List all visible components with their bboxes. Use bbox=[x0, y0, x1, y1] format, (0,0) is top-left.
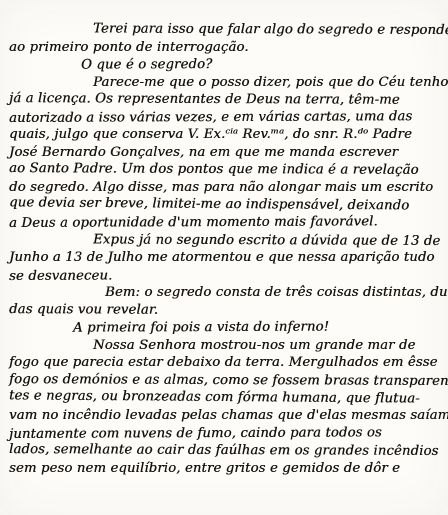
manuscript-line: ao Santo Padre. Um dos pontos que me ind… bbox=[9, 160, 444, 179]
manuscript-line: Junho a 13 de Julho me atormentou e que … bbox=[9, 249, 444, 267]
manuscript-line: a Deus a oportunidade d'um momento mais … bbox=[9, 213, 444, 232]
manuscript-line: quais, julgo que conserva V. Ex.ᶜⁱᵃ Rev.… bbox=[9, 126, 444, 144]
manuscript-line: O que é o segredo? bbox=[9, 55, 444, 74]
manuscript-line: Expus já no segundo escrito a dúvida que… bbox=[9, 231, 444, 250]
manuscript-line: já a licença. Os representantes de Deus … bbox=[9, 90, 444, 109]
manuscript-line: ao primeiro ponto de interrogação. bbox=[9, 39, 444, 57]
manuscript-line: Terei para isso que falar algo do segred… bbox=[9, 20, 444, 39]
manuscript-line: autorizado a isso várias vezes, e em vár… bbox=[9, 108, 444, 127]
manuscript-line: Bem: o segredo consta de três coisas dis… bbox=[9, 284, 444, 302]
manuscript-line: vam no incêndio levadas pelas chamas que… bbox=[9, 407, 444, 425]
manuscript-line: Parece-me que o posso dizer, pois que do… bbox=[9, 74, 444, 92]
manuscript-line: se desvaneceu. bbox=[9, 266, 444, 285]
manuscript-line: lados, semelhante ao cair das faúlhas em… bbox=[9, 441, 444, 460]
manuscript-page: Terei para isso que falar algo do segred… bbox=[0, 0, 448, 515]
manuscript-line: fogo que parecia estar debaixo da terra.… bbox=[9, 354, 444, 372]
manuscript-line: das quais vou revelar. bbox=[9, 301, 444, 320]
manuscript-line: José Bernardo Gonçalves, na em que me ma… bbox=[9, 144, 444, 162]
manuscript-line: juntamente com nuvens de fumo, caindo pa… bbox=[9, 424, 444, 443]
manuscript-line: A primeira foi pois a vista do inferno! bbox=[9, 318, 444, 337]
manuscript-line: Nossa Senhora mostrou-nos um grande mar … bbox=[9, 337, 444, 355]
manuscript-line: sem peso nem equilíbrio, entre gritos e … bbox=[9, 460, 444, 478]
manuscript-line: tes e negras, ou bronzeadas com fórma hu… bbox=[9, 388, 444, 409]
